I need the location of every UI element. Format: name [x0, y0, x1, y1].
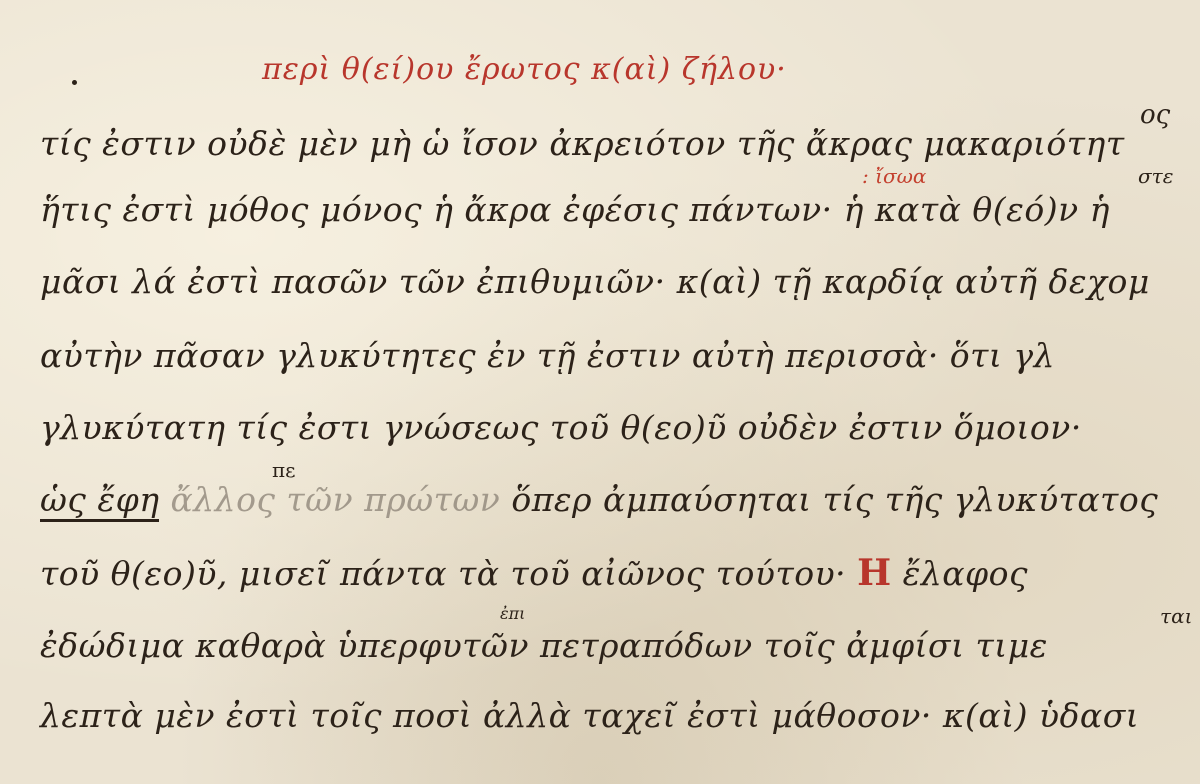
- text-line-1: τίς ἐστιν οὐδὲ μὲν μὴ ὡ ἴσον ἀκρειότον τ…: [40, 124, 1125, 163]
- red-gloss: : ἴσωα: [862, 164, 926, 188]
- rubricated-title: περὶ θ(εί)ου ἔρωτος κ(αὶ) ζήλου·: [262, 52, 787, 87]
- rubricated-initial: Η: [857, 552, 892, 594]
- text-line-5: γλυκύτατη τίς ἐστι γνώσεως τοῦ θ(εο)ῦ οὐ…: [40, 408, 1082, 447]
- underlined-phrase: ὡς ἔφη: [40, 480, 159, 522]
- line7-text: τοῦ θ(εο)ῦ, μισεῖ πάντα τὰ τοῦ αἰῶνος το…: [40, 554, 846, 593]
- margin-dot: [72, 80, 77, 85]
- text-line-6: ὡς ἔφη ἄλλος τῶν πρώτων ὅπερ ἀμπαύσηται …: [40, 480, 1158, 519]
- line6-text: ὅπερ ἀμπαύσηται τίς τῆς γλυκύτατος: [511, 480, 1158, 519]
- text-line-4: αὐτὴν πᾶσαν γλυκύτητες ἐν τῇ ἐστιν αὐτὴ …: [40, 336, 1055, 375]
- superscript-note-line6: πε: [272, 458, 296, 482]
- margin-note-line8: ται: [1160, 604, 1192, 628]
- manuscript-page: περὶ θ(εί)ου ἔρωτος κ(αὶ) ζήλου· τίς ἐστ…: [0, 0, 1200, 784]
- superscript-note-line8: ἐπι: [500, 604, 525, 623]
- text-line-7: τοῦ θ(εο)ῦ, μισεῖ πάντα τὰ τοῦ αἰῶνος το…: [40, 552, 1028, 594]
- margin-note-line1: ος: [1140, 100, 1170, 130]
- text-line-3: μᾶσι λά ἐστὶ πασῶν τῶν ἐπιθυμιῶν· κ(αὶ) …: [40, 262, 1150, 301]
- text-line-8: ἐδώδιμα καθαρὰ ὑπερφυτῶν πετραπόδων τοῖς…: [40, 626, 1048, 665]
- margin-note-line2: στε: [1138, 164, 1173, 188]
- faded-text: ἄλλος τῶν πρώτων: [170, 480, 500, 519]
- text-line-2: ἥτις ἐστὶ μόθος μόνος ἡ ἄκρα ἐφέσις πάντ…: [40, 190, 1110, 229]
- text-line-9: λεπτὰ μὲν ἐστὶ τοῖς ποσὶ ἀλλὰ ταχεῖ ἐστὶ…: [40, 696, 1139, 735]
- line7-end: ἔλαφος: [903, 554, 1028, 593]
